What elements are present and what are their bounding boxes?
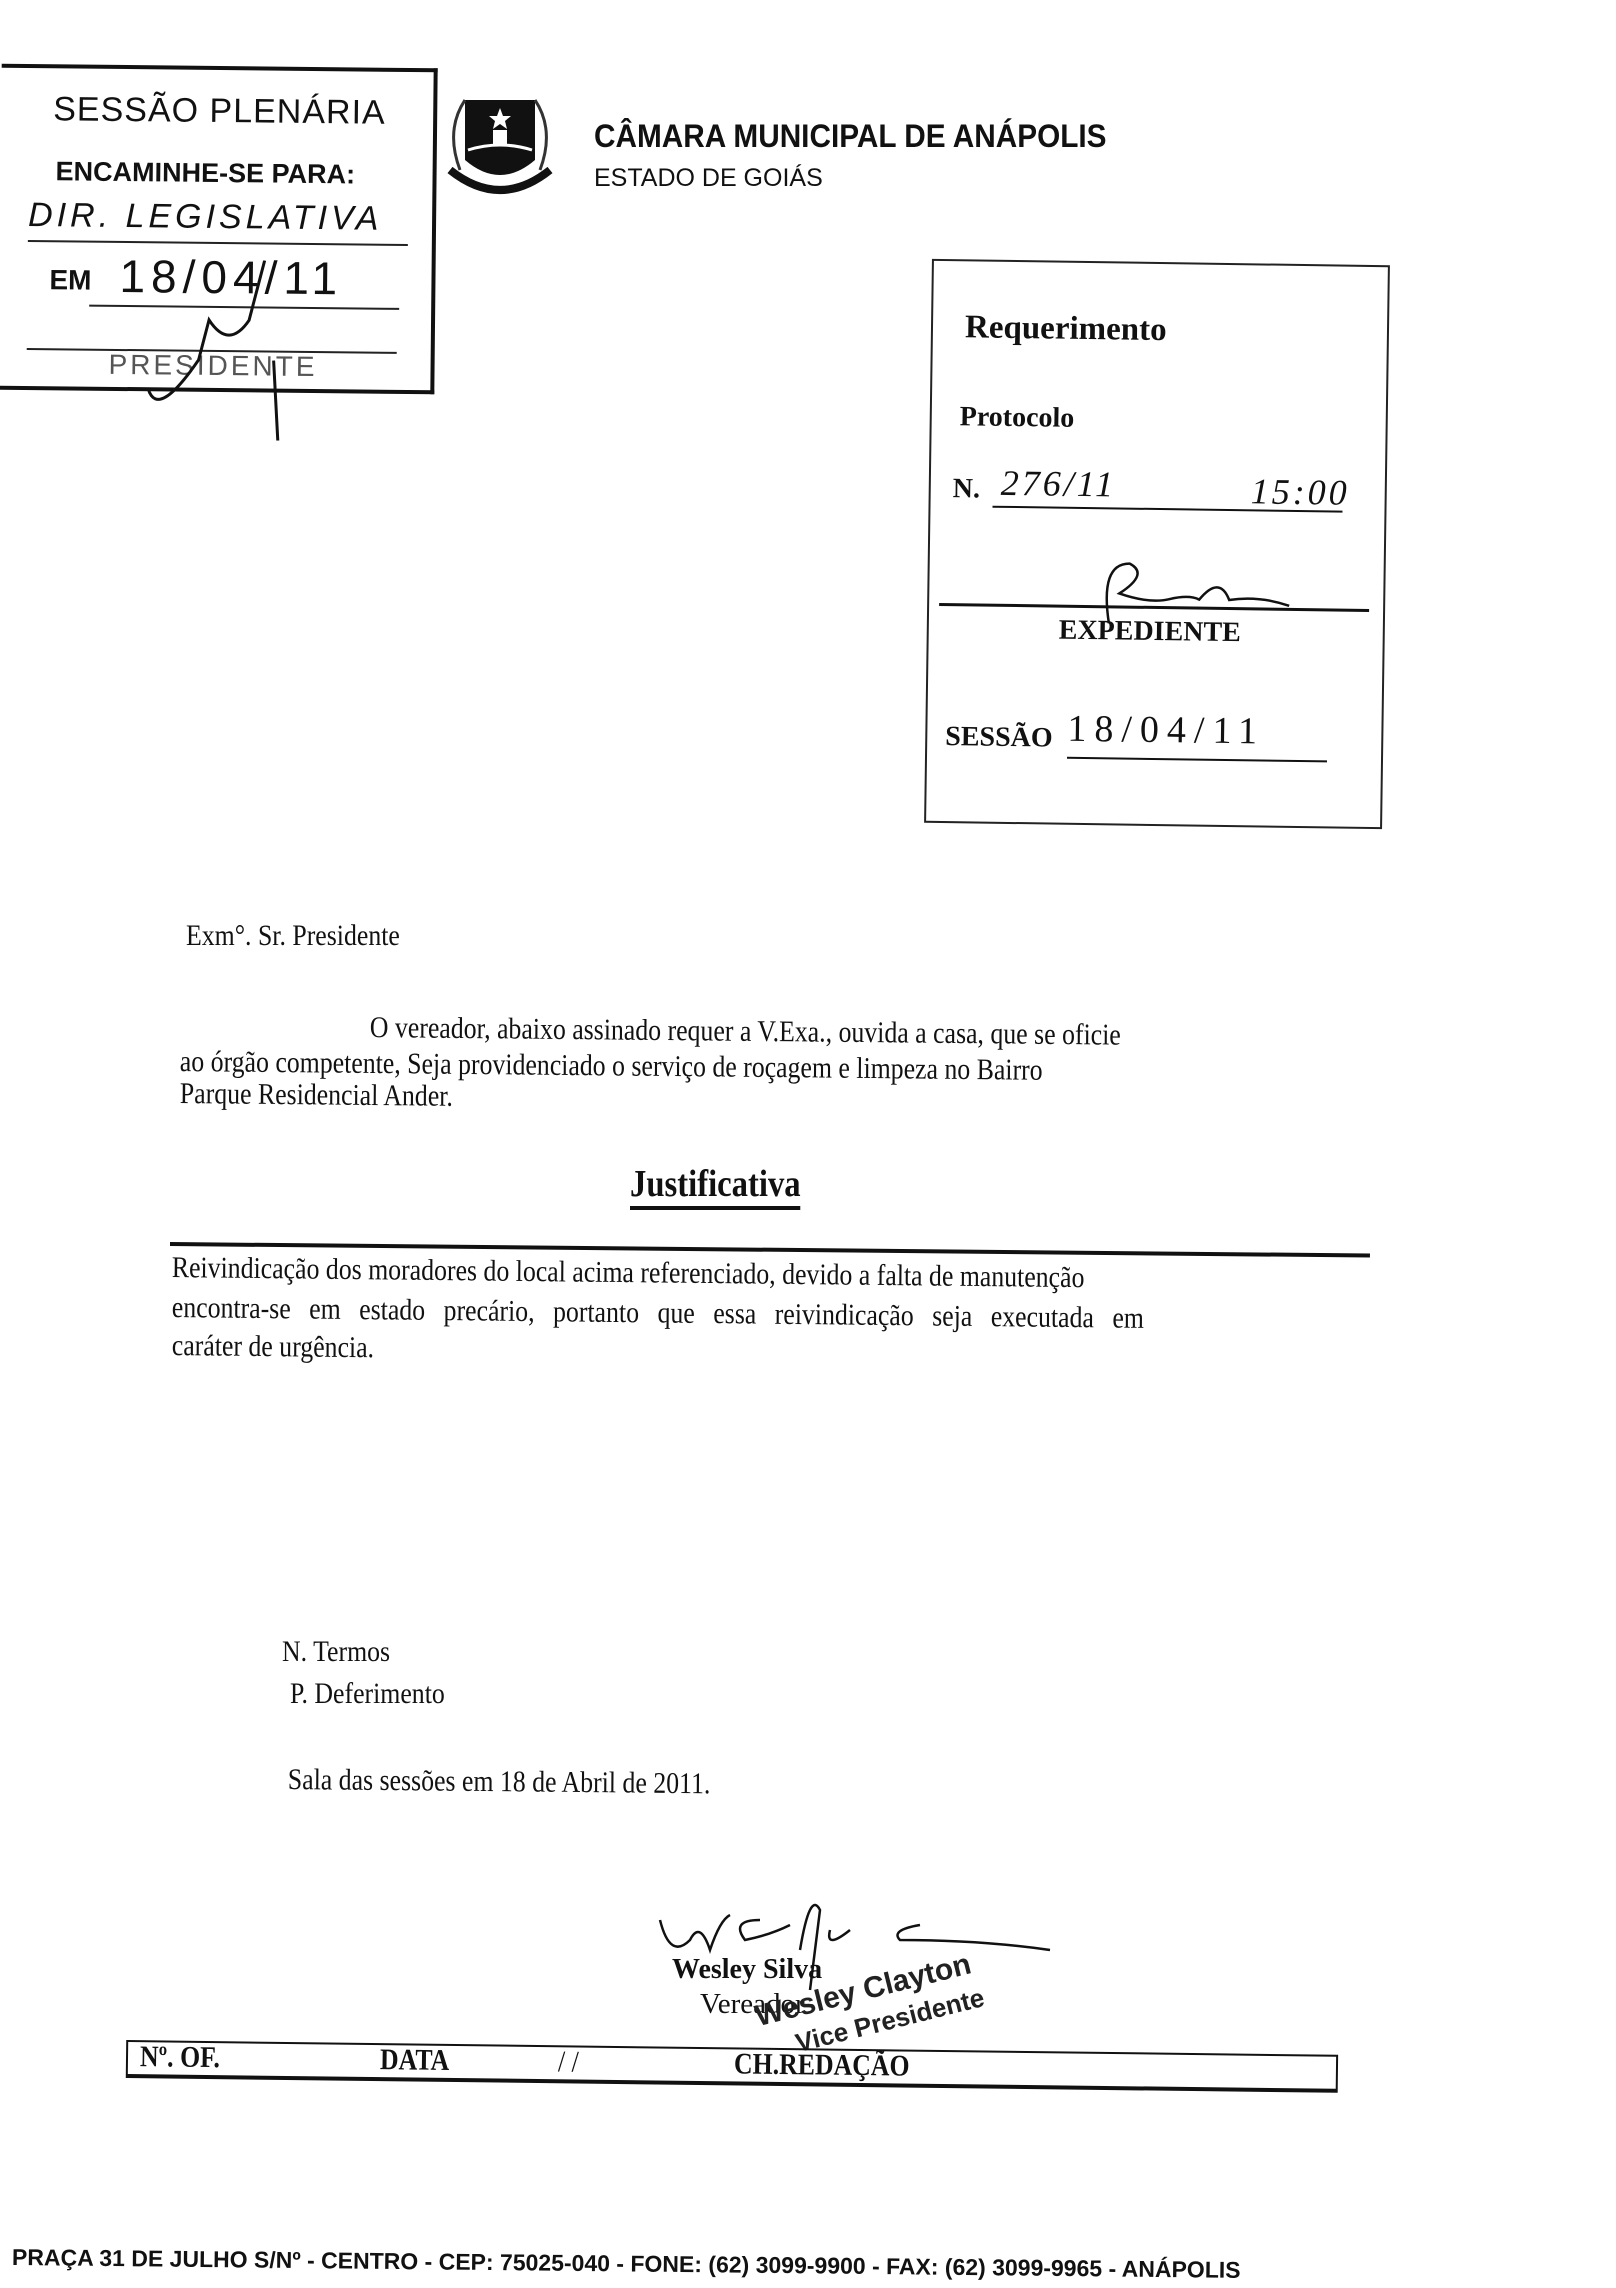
request-line-3: Parque Residencial Ander.: [180, 1076, 453, 1115]
session-label: SESSÃO: [945, 721, 1053, 754]
justification-line-1: Reivindicação dos moradores do local aci…: [172, 1250, 1085, 1296]
office-redaction-label: CH.REDAÇÃO: [734, 2047, 910, 2083]
protocol-number-value: 276/11: [1001, 462, 1117, 506]
protocol-number-label: N.: [953, 473, 981, 505]
place-date: Sala das sessões em 18 de Abril de 2011.: [288, 1762, 711, 1802]
closing-deferimento: P. Deferimento: [290, 1676, 445, 1712]
session-line: [1067, 757, 1327, 763]
signer-name: Wesley Silva: [672, 1954, 822, 1986]
footer-address: PRAÇA 31 DE JULHO S/Nº - CENTRO - CEP: 7…: [12, 2244, 1241, 2284]
sessao-plenaria-stamp: SESSÃO PLENÁRIA ENCAMINHE-SE PARA: DIR. …: [0, 64, 438, 395]
expediente-label: EXPEDIENTE: [1059, 615, 1241, 650]
stamp-forward-label: ENCAMINHE-SE PARA:: [55, 156, 355, 190]
office-date-value: / /: [558, 2045, 579, 2079]
president-signature-icon: [138, 259, 300, 441]
header-subtitle: ESTADO DE GOIÁS: [594, 164, 823, 193]
stamp-title: SESSÃO PLENÁRIA: [53, 90, 386, 132]
stamp-date-label: EM: [49, 264, 91, 296]
salutation: Exm°. Sr. Presidente: [186, 918, 400, 954]
protocol-time-value: 15:00: [1250, 470, 1350, 513]
justification-line-3: caráter de urgência.: [172, 1328, 374, 1366]
stamp-forward-value: DIR. LEGISLATIVA: [28, 196, 383, 239]
office-number-label: Nº. OF.: [140, 2040, 220, 2075]
session-value: 18/04/11: [1067, 707, 1265, 754]
closing-terms: N. Termos: [282, 1634, 390, 1670]
protocol-label: Protocolo: [960, 401, 1075, 435]
protocol-box: Requerimento Protocolo N. 276/11 15:00 E…: [924, 259, 1390, 829]
protocol-heading: Requerimento: [965, 309, 1167, 349]
office-box: Nº. OF. DATA / / CH.REDAÇÃO: [126, 2040, 1338, 2093]
stamp-divider: [28, 240, 408, 246]
justification-title: Justificativa: [630, 1162, 801, 1210]
header-title: CÂMARA MUNICIPAL DE ANÁPOLIS: [594, 118, 1107, 155]
coat-of-arms-icon: [440, 70, 560, 210]
office-date-label: DATA: [380, 2043, 450, 2078]
